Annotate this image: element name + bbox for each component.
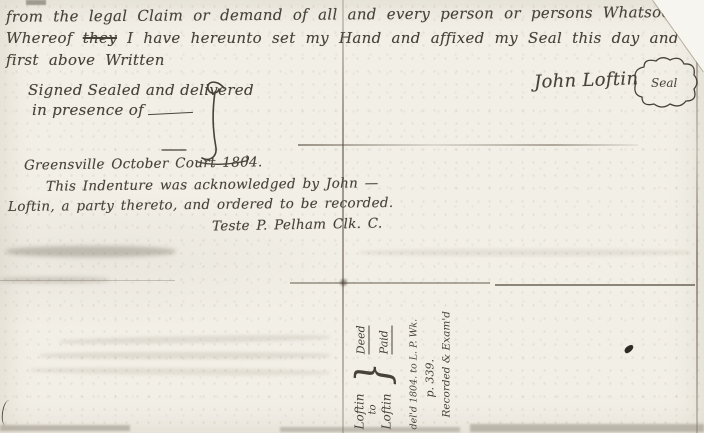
ghost-text-line-2 — [40, 352, 330, 359]
certification-line-1: Greensville October Court 1804. — [24, 154, 263, 173]
deed-text-line-1: from the legal Claim or demand of all an… — [6, 2, 704, 26]
stray-pen-mark — [0, 399, 15, 426]
docket-connector: to — [367, 393, 380, 414]
seal-icon: Seal — [630, 55, 700, 109]
docket-recorded-note: Recorded & Exam'd — [441, 290, 453, 418]
scanned-deed-page: from the legal Claim or demand of all an… — [0, 0, 704, 433]
ink-smudge-left-2 — [0, 277, 110, 283]
docket-names: Loftin to Loftin — [352, 393, 395, 429]
deed-text-line-2: Whereof they I have hereunto set my Hand… — [6, 29, 704, 47]
ink-smudge-left — [6, 246, 176, 257]
certification-line-2: This Indenture was acknowledged by John … — [46, 175, 379, 194]
deed-text-line-2-end: I have hereunto set my Hand and affixed … — [127, 29, 704, 47]
docket-parties-row: Loftin to Loftin } Deed Paid — [341, 290, 407, 430]
deed-text-line-2-start: Whereof — [6, 29, 73, 47]
bottom-scuff-3 — [470, 424, 704, 432]
docket-type-label: Deed — [355, 325, 370, 354]
ghost-text-line-right — [360, 249, 690, 256]
docket-paid-label: Paid — [378, 325, 393, 354]
struck-word: they — [83, 29, 117, 47]
ghost-text-line-3 — [30, 367, 330, 377]
certification-line-3: Loftin, a party thereto, and ordered to … — [8, 195, 394, 215]
bottom-scuff-1 — [0, 425, 130, 431]
docket-party2: Loftin — [380, 393, 395, 429]
top-edge-mark — [26, 0, 46, 5]
docket-endorsement: Loftin to Loftin } Deed Paid del'd 1804.… — [341, 290, 476, 430]
docket-labels: Deed Paid — [355, 325, 393, 354]
fold-knot — [340, 279, 347, 286]
docket-page-ref: p. 339. — [424, 290, 437, 398]
docket-brace: } — [353, 362, 394, 385]
deed-text-line-3: first above Written — [6, 51, 165, 69]
grantor-signature: John Loftin — [534, 68, 639, 93]
fold-line-horizontal-lower-left — [0, 280, 175, 281]
fold-line-horizontal-upper — [298, 144, 638, 146]
ghost-text-line-1 — [60, 334, 330, 346]
fold-line-horizontal-lower-right — [495, 284, 695, 286]
attestation-line-2: in presence of — [32, 101, 144, 119]
docket-delivery-note: del'd 1804. to L. P. Wk. — [409, 290, 420, 430]
ink-blot-mark — [623, 344, 635, 354]
fold-line-horizontal-lower-mid — [290, 282, 490, 284]
seal-label: Seal — [651, 76, 677, 90]
teste-line: Teste P. Pelham Clk. C. — [212, 216, 383, 235]
docket-party1: Loftin — [352, 393, 367, 429]
